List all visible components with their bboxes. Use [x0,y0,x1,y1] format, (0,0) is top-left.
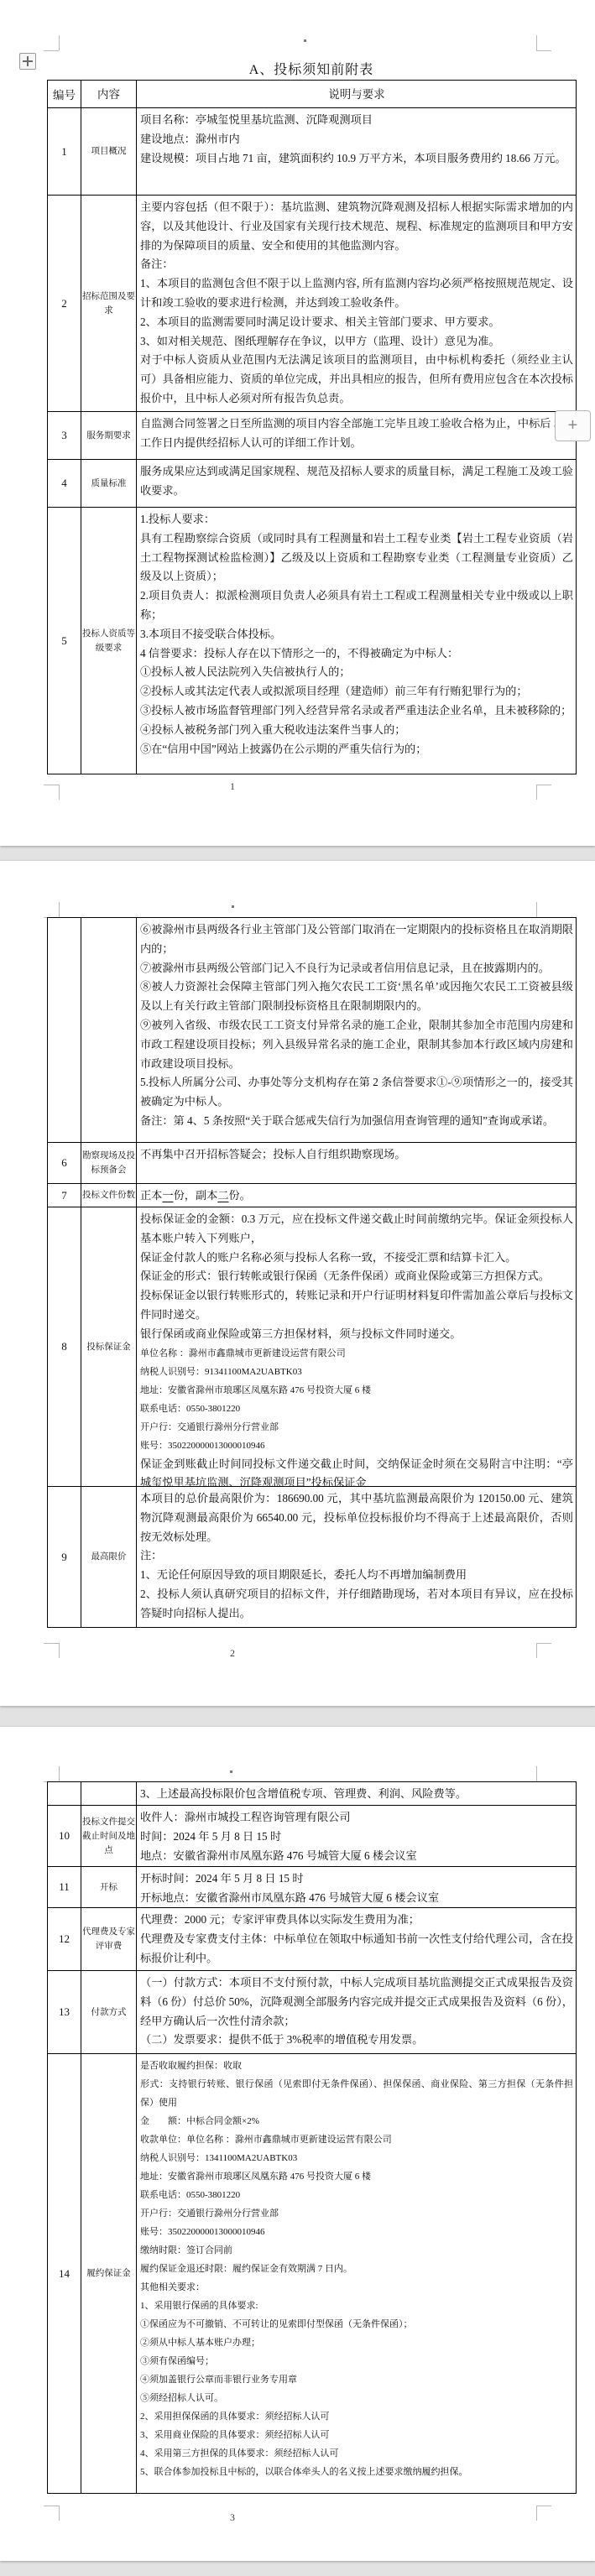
content-line: 正本一份，副本二份。 [140,1186,573,1206]
content-line: （二）发票要求：提供不低于 3%税率的增值税专用发票。 [140,2031,573,2050]
content-line: 保证金到账截止时间同投标文件递交截止时间，交纳保证金时须在交易附言中注明：“亭城… [140,1455,573,1486]
content-line: 2.项目负责人：拟派检测项目负责人必须具有岩土工程或工程测量相关专业中级或以上职… [140,587,573,625]
page-number: 2 [207,1647,258,1660]
content-line: 是否收取履约担保：收取 [140,2057,573,2075]
content-line: 代理费及专家费支付主体：中标单位在领取中标通知书前一次性支付给代理公司，含在投标… [140,1930,573,1969]
row-name-cell: 招标范围及要求 [81,196,136,411]
row-content-cell: 服务成果应达到或满足国家规程、规范及招标人要求的质量目标，满足工程施工及竣工验收… [136,460,576,507]
row-number-cell: 1 [48,108,81,195]
row-name-cell: 服务期要求 [81,412,136,459]
row-number-cell: 9 [48,1487,81,1627]
table-row: 3、上述最高投标限价包含增值税专项、管理费、利润、风险费等。 [48,1782,576,1805]
content-line: 具有工程勘察综合资质（或同时具有工程测量和岩土工程专业类【岩土工程专业资质（岩土… [140,529,573,587]
page-margin-mark [59,785,60,800]
row-number-cell: 8 [48,1207,81,1486]
row-content-cell: 主要内容包括（但不限于）：基坑监测、建筑物沉降观测及招标人根据实际需求增加的内容… [136,196,576,411]
table-row: 11开标开标时间：2024 年 5 月 8 日 15 时开标地点：安徽省滁州市凤… [48,1866,576,1907]
content-line: 保证金付款人的账户名称必须与投标人名称一致，不接受汇票和结算卡汇入。 [140,1249,573,1268]
row-number-cell: 7 [48,1184,81,1207]
row-number-cell: 14 [48,2054,81,2493]
content-line: 4 信誉要求：投标人存在以下情形之一的，不得被确定为中标人： [140,644,573,664]
row-name-cell [81,918,136,1142]
row-content-cell: （一）付款方式：本项目不支付预付款，中标人完成项目基坑监测提交正式成果报告及资料… [136,1971,576,2053]
row-number-cell: 6 [48,1143,81,1183]
page-margin-mark [536,1643,537,1658]
table-row: 5投标人资质等级要求1.投标人要求：具有工程勘察综合资质（或同时具有工程测量和岩… [48,507,576,774]
row-content-cell: 开标时间：2024 年 5 月 8 日 15 时开标地点：安徽省滁州市凤凰东路 … [136,1867,576,1907]
doc-title: A、投标须知前附表 [48,59,575,78]
content-line: ②须从中标人基本账户办理； [140,2334,573,2352]
page-margin-mark [536,785,551,785]
row-content-cell: ⑥被滁州市县两级各行业主管部门及公管部门取消在一定期限内的投标资格且在取消期限内… [136,918,576,1142]
content-line: 账号：350220000013000010946 [140,2223,573,2241]
row-content-cell: 是否收取履约担保：收取形式：支持银行转账、银行保函（见索即付无条件保函）、担保保… [136,2054,576,2493]
row-name-cell: 投标文件份数 [81,1184,136,1207]
content-line: 收件人：滁州市城投工程咨询管理有限公司 [140,1808,573,1828]
content-line: 地址：安徽省滁州市琅琊区凤凰东路 476 号投资大厦 6 楼 [140,2167,573,2186]
row-name-cell: 履约保证金 [81,2054,136,2493]
page-number: 1 [207,780,258,793]
page-margin-mark [536,2506,551,2506]
content-line: 1、无论任何原因导致的项目期限延长，委托人均不再增加编制费用 [140,1566,573,1585]
content-line: 本项目的总价最高限价为：186690.00 元，其中基坑监测最高限价为 1201… [140,1489,573,1546]
content-line: ⑥被滁州市县两级各行业主管部门及公管部门取消在一定期限内的投标资格且在取消期限内… [140,920,573,959]
content-line: 联系电话：0550-3801220 [140,1400,573,1418]
table-row: 9最高限价本项目的总价最高限价为：186690.00 元，其中基坑监测最高限价为… [48,1486,576,1627]
row-content-cell: 投标保证金的金额：0.3 万元，应在投标文件递交截止时间前缴纳完毕。保证金须投标… [136,1207,576,1486]
page-margin-mark [536,50,551,51]
content-line: 纳税人识别号：1341100MA2UABTK03 [140,2149,573,2167]
content-line: 银行保函或商业保险或第三方担保材料，须与投标文件同时递交。 [140,1325,573,1344]
paragraph-mark-dot [232,905,234,908]
content-line: 项目名称：亭城玺悦里基坑监测、沉降观测项目 [140,111,573,130]
content-line: 开户行：交通银行滁州分行营业部 [140,2204,573,2223]
content-line: 4、采用第三方担保的具体要求：须经招标人认可 [140,2444,573,2463]
row-number-cell [48,1782,81,1805]
notice-table: ⑥被滁州市县两级各行业主管部门及公管部门取消在一定期限内的投标资格且在取消期限内… [47,917,577,1628]
content-line: ⑧被人力资源社会保障主管部门列入拖欠农民工工资‘黑名单’或因拖欠农民工工资被县级… [140,978,573,1016]
content-line: 不再集中召开招标答疑会；投标人自行组织勘察现场。 [140,1145,573,1165]
content-line: 自监测合同签署之日至所监测的项目内容全部施工完毕且竣工验收合格为止，中标后 5 … [140,415,573,453]
table-row: 1项目概况项目名称：亭城玺悦里基坑监测、沉降观测项目建设地点：滁州市内建设规模：… [48,107,576,195]
row-number-cell: 13 [48,1971,81,2053]
content-line: 3、采用商业保险的具体要求：须经招标人认可 [140,2426,573,2444]
row-content-cell: 代理费：2000 元；专家评审费具体以实际发生费用为准；代理费及专家费支付主体：… [136,1908,576,1970]
content-line: 建设地点：滁州市内 [140,130,573,149]
content-line: 时间：2024 年 5 月 8 日 15 时 [140,1828,573,1847]
content-line: 保证金的形式：银行转帐或银行保函（无条件保函）或商业保险或第三方担保方式。 [140,1267,573,1286]
row-number-cell: 2 [48,196,81,411]
content-line: 5.投标人所属分公司、办事处等分支机构存在第 2 条信誉要求①-⑨项情形之一的，… [140,1073,573,1112]
content-line: 3.本项目不接受联合体投标。 [140,625,573,644]
row-content-cell: 3、上述最高投标限价包含增值税专项、管理费、利润、风险费等。 [136,1782,576,1805]
content-line: 联系电话：0550-3801220 [140,2186,573,2204]
row-number-cell: 11 [48,1867,81,1907]
table-row: ⑥被滁州市县两级各行业主管部门及公管部门取消在一定期限内的投标资格且在取消期限内… [48,918,576,1142]
content-line: 主要内容包括（但不限于）：基坑监测、建筑物沉降观测及招标人根据实际需求增加的内容… [140,198,573,255]
page-margin-mark [59,1643,60,1658]
page-margin-mark [44,785,59,785]
page-margin-mark [536,1766,537,1781]
row-content-cell: 正本一份，副本二份。 [136,1184,576,1207]
page-margin-mark [536,902,537,917]
row-content-cell: 本项目的总价最高限价为：186690.00 元，其中基坑监测最高限价为 1201… [136,1487,576,1627]
page-margin-mark [59,1766,60,1781]
content-line: 开标地点：安徽省滁州市凤凰东路 476 号城管大厦 6 楼会议室 [140,1889,573,1907]
content-line: 纳税人识别号：91341100MA2UABTK03 [140,1363,573,1381]
content-line: （一）付款方式：本项目不支付预付款，中标人完成项目基坑监测提交正式成果报告及资料… [140,1974,573,2031]
row-name-cell: 勘察现场及投标预备会 [81,1143,136,1183]
content-line: 投标保证金的金额：0.3 万元，应在投标文件递交截止时间前缴纳完毕。保证金须投标… [140,1210,573,1249]
table-move-handle-icon[interactable] [19,53,36,70]
paragraph-mark-dot [230,1770,232,1773]
row-name-cell: 投标保证金 [81,1207,136,1486]
table-row: 13付款方式（一）付款方式：本项目不支付预付款，中标人完成项目基坑监测提交正式成… [48,1970,576,2053]
row-name-cell: 项目概况 [81,108,136,195]
document-page-2: ⑥被滁州市县两级各行业主管部门及公管部门取消在一定期限内的投标资格且在取消期限内… [0,861,595,1706]
row-content-cell: 收件人：滁州市城投工程咨询管理有限公司时间：2024 年 5 月 8 日 15 … [136,1806,576,1866]
table-row: 8投标保证金投标保证金的金额：0.3 万元，应在投标文件递交截止时间前缴纳完毕。… [48,1207,576,1486]
content-line: ④须加盖银行公章而非银行业务专用章 [140,2370,573,2389]
content-line: 收款单位：单位名称 ：滁州市鑫鼎城市更新建设运营有限公司 [140,2130,573,2149]
content-line: 单位名称 ：滁州市鑫鼎城市更新建设运营有限公司 [140,1344,573,1363]
content-line: 开户行：交通银行滁州分行营业部 [140,1418,573,1437]
row-number-cell: 12 [48,1908,81,1970]
row-content-cell: 自监测合同签署之日至所监测的项目内容全部施工完毕且竣工验收合格为止，中标后 5 … [136,412,576,459]
page-margin-mark [59,35,60,50]
content-line: ①保函应为不可撤销、不可转让的见索即付型保函（无条件保函）； [140,2315,573,2334]
page-margin-mark [44,1643,59,1644]
row-number-cell: 3 [48,412,81,459]
content-line: ③须有保函编号； [140,2352,573,2370]
column-header: 编号 [48,81,81,107]
content-line: 地址：安徽省滁州市琅琊区凤凰东路 476 号投资大厦 6 楼 [140,1381,573,1400]
table-row: 2招标范围及要求主要内容包括（但不限于）：基坑监测、建筑物沉降观测及招标人根据实… [48,195,576,411]
content-line: 形式：支持银行转账、银行保函（见索即付无条件保函）、担保保函、商业保险、第三方担… [140,2075,573,2112]
table-row: 12代理费及专家评审费代理费：2000 元；专家评审费具体以实际发生费用为准；代… [48,1907,576,1970]
content-line: 账号：350220000013000010946 [140,1437,573,1455]
table-row: 7投标文件份数正本一份，副本二份。 [48,1183,576,1207]
row-number-cell: 10 [48,1806,81,1866]
table-row: 6勘察现场及投标预备会不再集中召开招标答疑会；投标人自行组织勘察现场。 [48,1142,576,1183]
content-line: 3、如对相关规范、图纸理解存在争议，以甲方（监理、设计）意见为准。 [140,332,573,352]
content-line: 备注： [140,255,573,274]
content-line: 备注：第 4、5 条按照“关于联合惩戒失信行为加强信用查询管理的通知”查询或承诺… [140,1112,573,1131]
page-margin-mark [59,2506,60,2521]
document-canvas: 3、上述最高投标限价包含增值税专项、管理费、利润、风险费等。10投标文件提交截止… [0,0,595,2576]
content-line: 金 额：中标合同金额×2% [140,2112,573,2130]
row-name-cell: 投标文件提交截止时间及地点 [81,1806,136,1866]
page-margin-mark [536,35,537,50]
content-line: 1、本项目的监测包含但不限于以上监测内容, 所有监测内容均必须严格按照规范规定、… [140,274,573,313]
content-line: 缴纳时限：签订合同前 [140,2241,573,2260]
notice-table: 3、上述最高投标限价包含增值税专项、管理费、利润、风险费等。10投标文件提交截止… [47,1781,577,2494]
add-button[interactable]: + [555,410,591,441]
content-line: 1.投标人要求： [140,510,573,529]
content-line: 建设规模：项目占地 71 亩，建筑面积约 10.9 万平方米，本项目服务费用约 … [140,149,573,169]
table-row: 4质量标准服务成果应达到或满足国家规程、规范及招标人要求的质量目标，满足工程施工… [48,459,576,507]
content-line: ③投标人被市场监督管理部门列入经营异常名录或者严重违法企业名单，且未被移除的； [140,701,573,721]
move-handle-cross [27,56,29,66]
table-header-row: 编号内容说明与要求 [48,81,576,107]
table-row: 3服务期要求自监测合同签署之日至所监测的项目内容全部施工完毕且竣工验收合格为止，… [48,411,576,459]
column-header: 内容 [81,81,136,107]
content-line: 开标时间：2024 年 5 月 8 日 15 时 [140,1869,573,1889]
row-content-cell: 项目名称：亭城玺悦里基坑监测、沉降观测项目建设地点：滁州市内建设规模：项目占地 … [136,108,576,195]
row-name-cell: 开标 [81,1867,136,1907]
content-line: 代理费：2000 元；专家评审费具体以实际发生费用为准； [140,1911,573,1930]
row-content-cell: 不再集中召开招标答疑会；投标人自行组织勘察现场。 [136,1143,576,1183]
page-margin-mark [536,1643,551,1644]
content-line: 投标保证金以银行转账形式的，转账记录和开户行证明材料复印件需加盖公章后与投标文件… [140,1286,573,1325]
row-name-cell: 最高限价 [81,1487,136,1627]
content-line: 注： [140,1546,573,1566]
table-row: 14履约保证金是否收取履约担保：收取形式：支持银行转账、银行保函（见索即付无条件… [48,2053,576,2493]
content-line: ④投标人被税务部门列入重大税收违法案件当事人的； [140,721,573,740]
content-line: 对于中标人资质从业范围内无法满足该项目的监测项目，由中标机构委托（须经业主认可）… [140,351,573,408]
content-line: 其他相关要求： [140,2278,573,2297]
row-number-cell: 5 [48,508,81,774]
content-line: 1、采用银行保函的具体要求: [140,2297,573,2315]
page-margin-mark [44,50,59,51]
content-line: 履约保证金退还时限：履约保证金有效期满 7 日内。 [140,2260,573,2278]
content-line: ⑤在“信用中国”网站上披露仍在公示期的严重失信行为的； [140,740,573,759]
content-line: ⑤须经招标人认可。 [140,2389,573,2407]
content-line: ⑨被列入省级、市级农民工工资支付异常名录的施工企业，限制其参加全市范围内房建和市… [140,1016,573,1073]
row-number-cell [48,918,81,1142]
paragraph-mark-dot [304,39,306,42]
page-number: 3 [207,2511,258,2524]
content-line: ②投标人或其法定代表人或拟派项目经理（建造师）前三年有行贿犯罪行为的； [140,682,573,701]
content-line: 5、联合体参加投标且中标的，以联合体牵头人的名义按上述要求缴纳履约担保。 [140,2463,573,2481]
page-margin-mark [536,2506,537,2521]
row-name-cell: 质量标准 [81,460,136,507]
page-margin-mark [536,785,537,800]
content-line: ⑦被滁州市县两级公管部门记入不良行为记录或者信用信息记录，且在披露期内的。 [140,959,573,978]
content-line: 2、本项目的监测需要同时满足设计要求、相关主管部门要求、甲方要求。 [140,313,573,332]
table-row: 10投标文件提交截止时间及地点收件人：滁州市城投工程咨询管理有限公司时间：202… [48,1805,576,1866]
row-name-cell: 付款方式 [81,1971,136,2053]
content-line: 2、采用担保保函的具体要求：须经招标人认可 [140,2407,573,2426]
content-line: 服务成果应达到或满足国家规程、规范及招标人要求的质量目标，满足工程施工及竣工验收… [140,462,573,501]
document-page-1: 编号内容说明与要求1项目概况项目名称：亭城玺悦里基坑监测、沉降观测项目建设地点：… [0,0,595,846]
content-line: 地点：安徽省滁州市凤凰东路 476 号城管大厦 6 楼会议室 [140,1847,573,1866]
row-name-cell [81,1782,136,1805]
row-content-cell: 1.投标人要求：具有工程勘察综合资质（或同时具有工程测量和岩土工程专业类【岩土工… [136,508,576,774]
content-line: ①投标人被人民法院列入失信被执行人的； [140,663,573,682]
page-margin-mark [59,902,60,917]
notice-table: 编号内容说明与要求1项目概况项目名称：亭城玺悦里基坑监测、沉降观测项目建设地点：… [47,80,577,774]
page-margin-mark [44,2506,59,2506]
row-name-cell: 代理费及专家评审费 [81,1908,136,1970]
row-name-cell: 投标人资质等级要求 [81,508,136,774]
content-line: 3、上述最高投标限价包含增值税专项、管理费、利润、风险费等。 [140,1785,573,1804]
row-number-cell: 4 [48,460,81,507]
document-page-3: 3、上述最高投标限价包含增值税专项、管理费、利润、风险费等。10投标文件提交截止… [0,1727,595,2561]
content-line: 2、投标人须认真研究项目的招标文件，并仔细踏勘现场，若对本项目有异议，应在投标答… [140,1585,573,1624]
column-header: 说明与要求 [136,81,576,107]
